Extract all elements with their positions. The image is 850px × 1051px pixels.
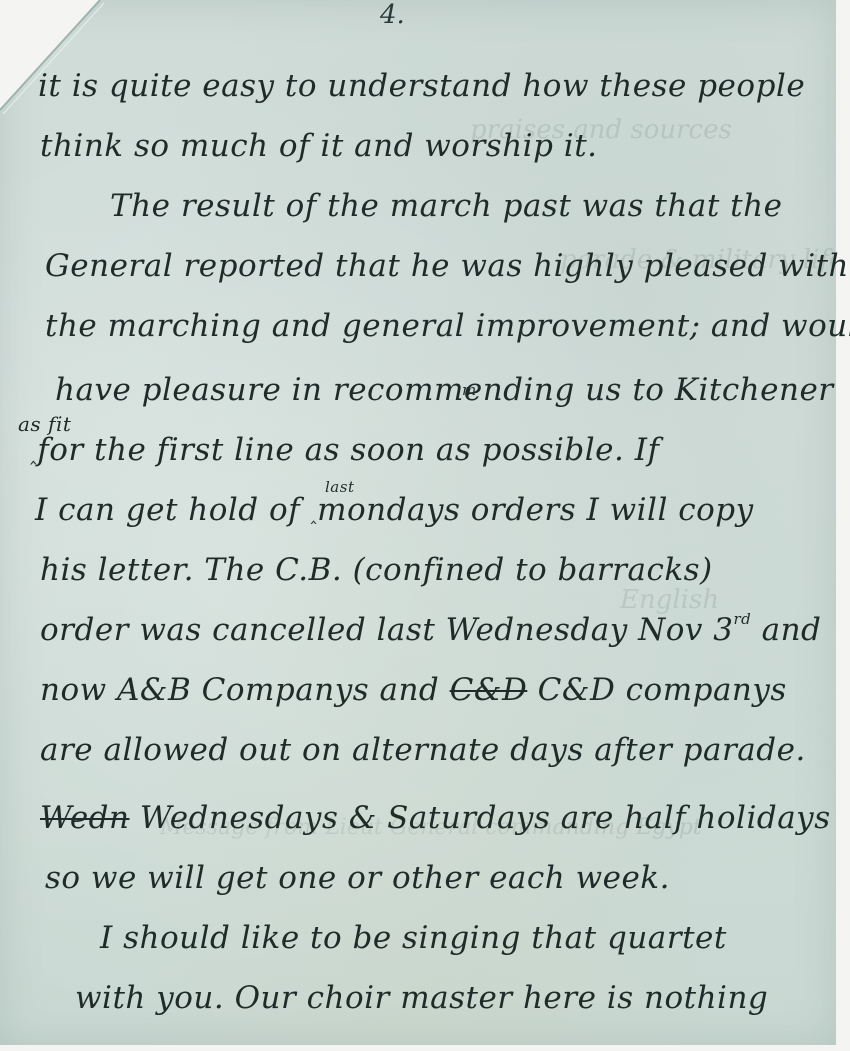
text-line: with you. Our choir master here is nothi…: [75, 980, 768, 1016]
line-text: have pleasure in recommending us to Kitc…: [55, 372, 834, 408]
text-line: I can get hold of ‸mondays orders I will…: [35, 492, 754, 528]
text-line: ‸for the first line as soon as possible.…: [30, 432, 659, 468]
text-line: have pleasure in recommending us to Kitc…: [55, 372, 834, 408]
text-line: The result of the march past was that th…: [110, 188, 782, 224]
text-line: General reported that he was highly plea…: [45, 248, 849, 284]
line-text: for the first line as soon as possible. …: [37, 432, 659, 468]
text-line: his letter. The C.B. (confined to barrac…: [40, 552, 713, 588]
struck-text: C&D: [450, 672, 528, 708]
text-line: I should like to be singing that quartet: [100, 920, 727, 956]
text-line: so we will get one or other each week.: [45, 860, 670, 896]
insertion-mark: m: [462, 381, 477, 399]
text-line: the marching and general improvement; an…: [45, 308, 850, 344]
text-line: it is quite easy to understand how these…: [38, 68, 805, 104]
text-line: Wedn Wednesdays & Saturdays are half hol…: [40, 800, 831, 836]
text-line: are allowed out on alternate days after …: [40, 732, 806, 768]
letter-body: it is quite easy to understand how these…: [0, 0, 836, 1045]
superscript: rd: [733, 610, 751, 628]
text-line: now A&B Companys and C&D C&D companys: [40, 672, 787, 708]
struck-text: Wedn: [40, 800, 130, 836]
text-line: order was cancelled last Wednesday Nov 3…: [40, 612, 821, 648]
text-line: think so much of it and worship it.: [40, 128, 598, 164]
insertion-mark: last: [325, 478, 354, 496]
